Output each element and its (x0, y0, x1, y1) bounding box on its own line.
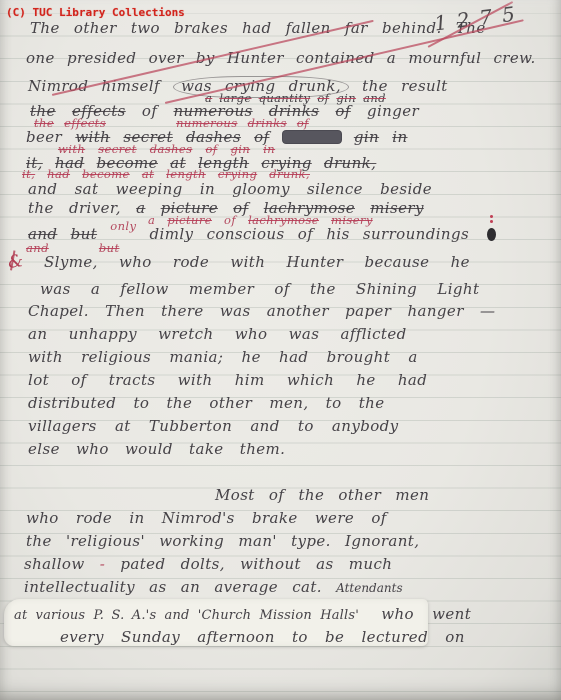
word: take (189, 440, 224, 458)
manuscript-line: The other two brakes had fallen far behi… (30, 20, 486, 37)
word: in (129, 509, 144, 527)
manuscript-line: and sat weeping in gloomy silence beside (28, 181, 432, 198)
word: 'Church (198, 608, 252, 623)
word: without (240, 555, 301, 573)
word: as (149, 578, 166, 596)
word: gin (354, 128, 379, 146)
ink-blot (487, 228, 496, 241)
word: an (181, 578, 200, 596)
word: other (74, 19, 117, 37)
word: with (28, 348, 63, 366)
word: the (166, 394, 192, 412)
word: shallow (24, 555, 85, 573)
word: 'religious' (66, 532, 145, 550)
word: weeping (116, 180, 183, 198)
word: other (209, 394, 252, 412)
word: else (28, 440, 60, 458)
word: drunk, (324, 154, 376, 172)
word: with (178, 371, 213, 389)
word: had (47, 167, 70, 181)
word: dolts, (181, 555, 225, 573)
word: the (26, 532, 52, 550)
word: was (220, 302, 251, 320)
word: Tubberton (149, 417, 232, 435)
word: of (274, 280, 289, 298)
word: religious (81, 348, 151, 366)
manuscript-line: lot of tracts with him which he had (28, 372, 427, 389)
word: become (82, 167, 130, 181)
manuscript-line: every Sunday afternoon to be lectured on (60, 629, 465, 646)
word: Sunday (121, 628, 180, 646)
word: conscious (207, 225, 285, 243)
manuscript-line: one presided over by Hunter contained a … (26, 50, 536, 67)
word: to (133, 394, 149, 412)
word: there (161, 302, 204, 320)
manuscript-line: Chapel. Then there was another paper han… (28, 303, 495, 320)
word: in (200, 180, 215, 198)
word: Slyme, (44, 253, 98, 271)
word: Ignorant, (345, 532, 419, 550)
manuscript-line: Slyme, who rode with Hunter because he (44, 254, 470, 271)
manuscript-line: an unhappy wretch who was afflicted (28, 326, 407, 343)
word: and (165, 608, 190, 623)
word: presided (67, 49, 136, 67)
word: who (76, 440, 109, 458)
word: ginger (367, 102, 419, 120)
word: of (335, 102, 350, 120)
word: result (401, 77, 448, 95)
word: rode (173, 253, 209, 271)
word: a (136, 199, 145, 217)
word: Light (437, 280, 479, 298)
word: beside (380, 180, 432, 198)
word: drunk, (269, 167, 310, 181)
word: of (269, 486, 284, 504)
word: at (142, 167, 154, 181)
word: only (110, 219, 136, 233)
word: misery (370, 199, 424, 217)
word: unhappy (69, 325, 137, 343)
manuscript-line: who rode in Nimrod's brake were of (26, 510, 387, 527)
word: at (14, 608, 27, 623)
word: every (60, 628, 104, 646)
word: of (298, 225, 313, 243)
word: mania; (169, 348, 223, 366)
word: the (28, 199, 54, 217)
word: he (356, 371, 375, 389)
word: to (326, 394, 342, 412)
word: gloomy (232, 180, 290, 198)
word: of (371, 509, 386, 527)
word: hanger (407, 302, 463, 320)
word: crew. (493, 49, 535, 67)
word: men (395, 486, 429, 504)
word: one (26, 49, 55, 67)
word: Shining (356, 280, 417, 298)
word: to (298, 417, 314, 435)
word: crying (218, 167, 257, 181)
word: wretch (158, 325, 213, 343)
word: silence (307, 180, 363, 198)
word: with (230, 253, 265, 271)
manuscript-line: intellectuality as an average cat. Atten… (24, 579, 403, 596)
manuscript-line: villagers at Tubberton and to anybody (28, 418, 399, 435)
word: men, (269, 394, 308, 412)
word: a (408, 348, 417, 366)
word: afflicted (340, 325, 406, 343)
word: an (28, 325, 47, 343)
word: Most (215, 486, 255, 504)
manuscript-line: with religious mania; he had brought a (28, 349, 418, 366)
word: of (297, 116, 309, 130)
word: Halls' (320, 608, 359, 623)
word: intellectuality (24, 578, 135, 596)
word: Then (105, 302, 145, 320)
word: of (71, 371, 86, 389)
word: who (235, 325, 268, 343)
word: lectured (361, 628, 428, 646)
manuscript-line: distributed to the other men, to the (28, 395, 384, 412)
word: who (381, 605, 414, 623)
word: Nimrod's (162, 509, 235, 527)
word: who (119, 253, 152, 271)
word: went (432, 605, 471, 623)
word: much (349, 555, 393, 573)
word: various (36, 608, 86, 623)
word: behind. (382, 19, 442, 37)
word: mournful (408, 49, 481, 67)
word: another (267, 302, 329, 320)
redaction-box (283, 131, 341, 143)
word: to (292, 628, 308, 646)
word: anybody (332, 417, 399, 435)
word: would (125, 440, 173, 458)
word: was (40, 280, 71, 298)
word: man' (238, 532, 277, 550)
word: two (131, 19, 160, 37)
word: The (30, 19, 60, 37)
word: had (398, 371, 427, 389)
word: be (325, 628, 344, 646)
word: had (242, 19, 271, 37)
word: Chapel. (28, 302, 89, 320)
word: — (480, 302, 495, 320)
word: his (326, 225, 349, 243)
manuscript-line: it, had become at length crying drunk, (22, 168, 310, 181)
manuscript-line: the 'religious' working man' type. Ignor… (26, 533, 419, 550)
manuscript-line: at various P. S. A.'s and 'Church Missio… (14, 606, 471, 623)
word: paper (345, 302, 391, 320)
word: he (451, 253, 470, 271)
word: as (316, 555, 333, 573)
word: them. (240, 440, 286, 458)
word: dimly (150, 225, 194, 243)
word: Mission (259, 608, 312, 623)
watermark-text: (C) TUC Library Collections (6, 6, 185, 19)
word: cat. (292, 578, 322, 596)
word: in (392, 128, 407, 146)
manuscript-page: (C) TUC Library Collections 1275 & The o… (0, 0, 561, 700)
word: was (289, 325, 320, 343)
word: pated (120, 555, 165, 573)
manuscript-line: was a fellow member of the Shining Light (40, 281, 479, 298)
word: on (445, 628, 465, 646)
word: at (115, 417, 131, 435)
word: member (189, 280, 254, 298)
word: fellow (120, 280, 168, 298)
word: a (91, 280, 100, 298)
word: beer (26, 128, 62, 146)
word: afternoon (197, 628, 275, 646)
word: Hunter (286, 253, 343, 271)
word: average (214, 578, 278, 596)
word: and (250, 417, 279, 435)
word: which (287, 371, 334, 389)
word: brought (327, 348, 391, 366)
word: brakes (174, 19, 228, 37)
word: length (166, 167, 206, 181)
word: distributed (28, 394, 116, 412)
margin-insert-mark: & (7, 251, 25, 273)
word: the (310, 280, 336, 298)
word: other (338, 486, 381, 504)
word: type. (291, 532, 331, 550)
word: working (159, 532, 224, 550)
word: rode (76, 509, 112, 527)
word: lot (28, 371, 49, 389)
word: but (71, 225, 98, 243)
word: tracts (109, 371, 156, 389)
word: driver, (69, 199, 121, 217)
word: were (315, 509, 354, 527)
word: sat (75, 180, 99, 198)
word: P. S. A.'s (93, 608, 156, 623)
word: it, (22, 167, 35, 181)
word: - (100, 555, 105, 573)
word: had (279, 348, 308, 366)
word: Attendants (336, 581, 402, 595)
word: villagers (28, 417, 97, 435)
manuscript-line: shallow - pated dolts, without as much (24, 556, 392, 573)
word: brake (252, 509, 298, 527)
word: the (298, 486, 324, 504)
word: and (28, 180, 57, 198)
word: who (26, 509, 59, 527)
manuscript-line: Most of the other men (215, 487, 429, 504)
word: the (359, 394, 385, 412)
manuscript-line: else who would take them. (28, 441, 285, 458)
word: him (235, 371, 265, 389)
word: surroundings (363, 225, 469, 243)
word: because (365, 253, 430, 271)
word: he (242, 348, 261, 366)
